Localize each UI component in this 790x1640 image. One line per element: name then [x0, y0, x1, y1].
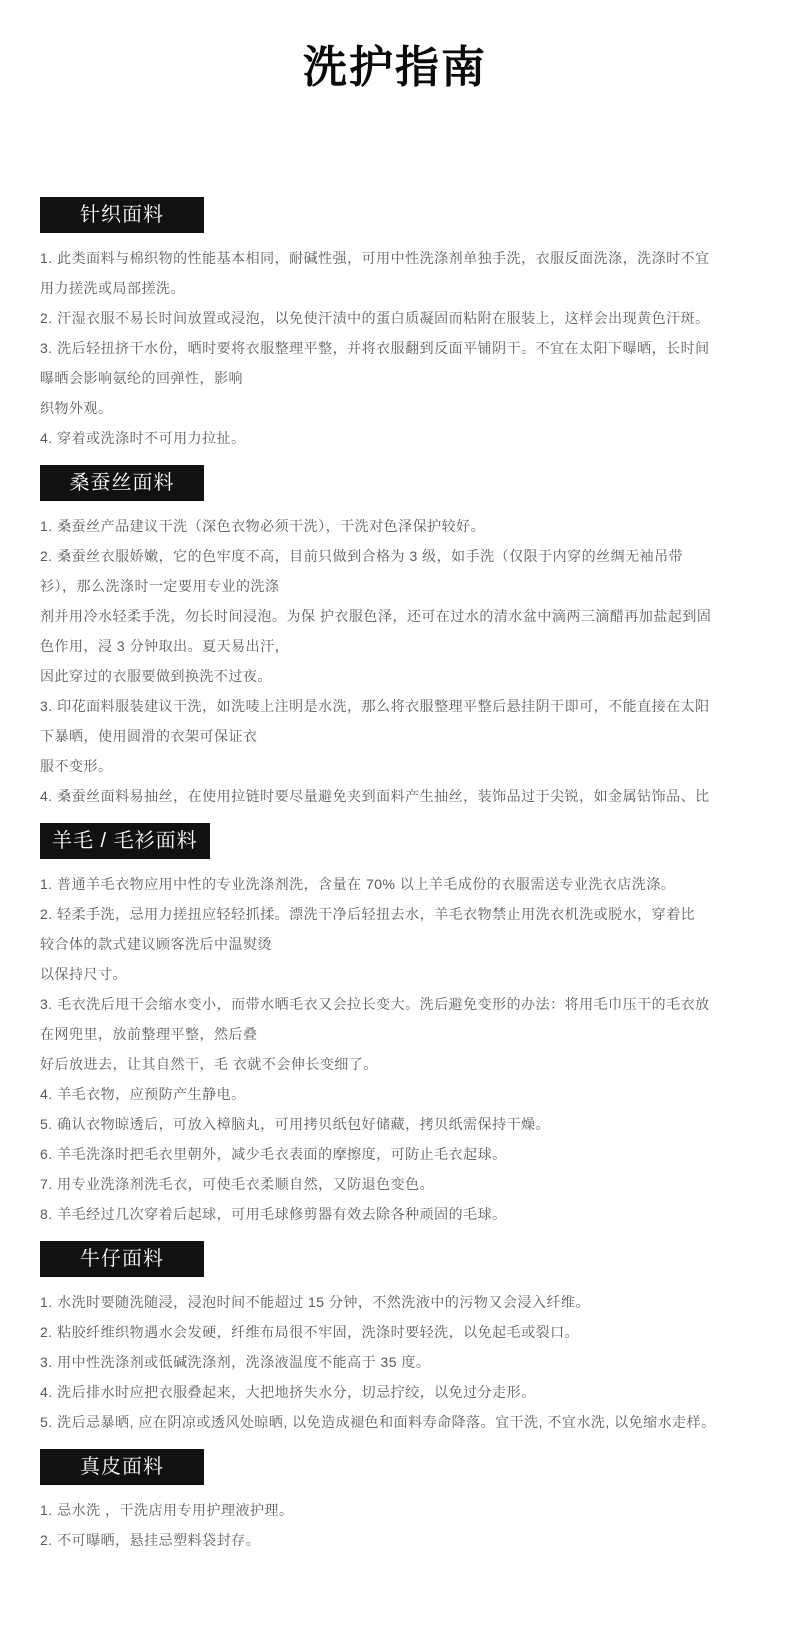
section-header-label: 牛仔面料 [40, 1241, 204, 1277]
care-instruction-line: 5. 洗后忌暴晒, 应在阴凉或透风处晾晒, 以免造成褪色和面料寿命降落。宜干洗,… [40, 1407, 756, 1437]
section-header-row: 羊毛 / 毛衫面料 [40, 811, 756, 869]
fabric-section: 羊毛 / 毛衫面料 1. 普通羊毛衣物应用中性的专业洗涤剂洗，含量在 70% 以… [40, 811, 756, 1229]
care-instruction-line: 织物外观。 [40, 393, 756, 423]
page-title: 洗护指南 [0, 40, 790, 95]
fabric-section: 牛仔面料 1. 水洗时要随洗随浸，浸泡时间不能超过 15 分钟，不然洗液中的污物… [40, 1229, 756, 1437]
care-instruction-line: 3. 印花面料服装建议干洗，如洗唛上注明是水洗，那么将衣服整理平整后悬挂阴干即可… [40, 691, 756, 721]
care-instruction-line: 剂并用冷水轻柔手洗，勿长时间浸泡。为保 护衣服色泽，还可在过水的清水盆中滴两三滴… [40, 601, 756, 631]
care-instruction-line: 3. 毛衣洗后甩干会缩水变小，而带水晒毛衣又会拉长变大。洗后避免变形的办法：将用… [40, 989, 756, 1019]
care-instruction-line: 色作用，浸 3 分钟取出。夏天易出汗， [40, 631, 756, 661]
care-instruction-line: 4. 洗后排水时应把衣服叠起来，大把地挤失水分，切忌拧绞，以免过分走形。 [40, 1377, 756, 1407]
section-header-label: 羊毛 / 毛衫面料 [40, 823, 210, 859]
fabric-section: 针织面料 1. 此类面料与棉织物的性能基本相同，耐碱性强，可用中性洗涤剂单独手洗… [40, 185, 756, 453]
care-instruction-line: 用力搓洗或局部搓洗。 [40, 273, 756, 303]
care-instruction-line: 在网兜里，放前整理平整，然后叠 [40, 1019, 756, 1049]
care-instruction-line: 2. 汗湿衣服不易长时间放置或浸泡，以免使汗渍中的蛋白质凝固而粘附在服装上，这样… [40, 303, 756, 333]
care-instruction-line: 以保持尺寸。 [40, 959, 756, 989]
care-instruction-line: 因此穿过的衣服要做到换洗不过夜。 [40, 661, 756, 691]
care-instruction-line: 下暴晒，使用圆滑的衣架可保证衣 [40, 721, 756, 751]
section-lines: 1. 桑蚕丝产品建议干洗（深色衣物必须干洗），干洗对色泽保护较好。2. 桑蚕丝衣… [40, 511, 756, 811]
care-instruction-line: 服不变形。 [40, 751, 756, 781]
section-lines: 1. 此类面料与棉织物的性能基本相同，耐碱性强，可用中性洗涤剂单独手洗，衣服反面… [40, 243, 756, 453]
section-lines: 1. 忌水洗 ，干洗店用专用护理液护理。2. 不可曝晒，悬挂忌塑料袋封存。 [40, 1495, 756, 1555]
section-header-row: 针织面料 [40, 185, 756, 243]
section-header-row: 真皮面料 [40, 1437, 756, 1495]
care-instruction-line: 好后放进去，让其自然干，毛 衣就不会伸长变细了。 [40, 1049, 756, 1079]
care-instruction-line: 5. 确认衣物晾透后，可放入樟脑丸，可用拷贝纸包好储藏，拷贝纸需保持干燥。 [40, 1109, 756, 1139]
care-instruction-line: 1. 此类面料与棉织物的性能基本相同，耐碱性强，可用中性洗涤剂单独手洗，衣服反面… [40, 243, 756, 273]
fabric-section: 真皮面料 1. 忌水洗 ，干洗店用专用护理液护理。2. 不可曝晒，悬挂忌塑料袋封… [40, 1437, 756, 1555]
care-instruction-line: 1. 忌水洗 ，干洗店用专用护理液护理。 [40, 1495, 756, 1525]
section-lines: 1. 普通羊毛衣物应用中性的专业洗涤剂洗，含量在 70% 以上羊毛成份的衣服需送… [40, 869, 756, 1229]
section-header-label: 针织面料 [40, 197, 204, 233]
care-instruction-line: 2. 不可曝晒，悬挂忌塑料袋封存。 [40, 1525, 756, 1555]
section-lines: 1. 水洗时要随洗随浸，浸泡时间不能超过 15 分钟，不然洗液中的污物又会浸入纤… [40, 1287, 756, 1437]
care-instruction-line: 4. 桑蚕丝面料易抽丝，在使用拉链时要尽量避免夹到面料产生抽丝，装饰品过于尖锐，… [40, 781, 756, 811]
care-instruction-line: 衫），那么洗涤时一定要用专业的洗涤 [40, 571, 756, 601]
care-instruction-line: 3. 洗后轻扭挤干水份，晒时要将衣服整理平整，并将衣服翻到反面平铺阴干。不宜在太… [40, 333, 756, 363]
care-instruction-line: 较合体的款式建议顾客洗后中温熨烫 [40, 929, 756, 959]
section-header-label: 桑蚕丝面料 [40, 465, 204, 501]
care-instruction-line: 8. 羊毛经过几次穿着后起球，可用毛球修剪器有效去除各种顽固的毛球。 [40, 1199, 756, 1229]
care-instruction-line: 6. 羊毛洗涤时把毛衣里朝外，减少毛衣表面的摩擦度，可防止毛衣起球。 [40, 1139, 756, 1169]
care-instruction-line: 7. 用专业洗涤剂洗毛衣，可使毛衣柔顺自然，又防退色变色。 [40, 1169, 756, 1199]
section-header-label: 真皮面料 [40, 1449, 204, 1485]
care-instruction-line: 1. 水洗时要随洗随浸，浸泡时间不能超过 15 分钟，不然洗液中的污物又会浸入纤… [40, 1287, 756, 1317]
care-instruction-line: 1. 桑蚕丝产品建议干洗（深色衣物必须干洗），干洗对色泽保护较好。 [40, 511, 756, 541]
care-instruction-line: 4. 穿着或洗涤时不可用力拉扯。 [40, 423, 756, 453]
fabric-section: 桑蚕丝面料 1. 桑蚕丝产品建议干洗（深色衣物必须干洗），干洗对色泽保护较好。2… [40, 453, 756, 811]
care-guide-page: 洗护指南 针织面料 1. 此类面料与棉织物的性能基本相同，耐碱性强，可用中性洗涤… [0, 0, 790, 1640]
sections-container: 针织面料 1. 此类面料与棉织物的性能基本相同，耐碱性强，可用中性洗涤剂单独手洗… [40, 185, 756, 1555]
care-instruction-line: 3. 用中性洗涤剂或低碱洗涤剂，洗涤液温度不能高于 35 度。 [40, 1347, 756, 1377]
care-instruction-line: 2. 桑蚕丝衣服娇嫩，它的色牢度不高，目前只做到合格为 3 级，如手洗（仅限于内… [40, 541, 756, 571]
care-instruction-line: 4. 羊毛衣物，应预防产生静电。 [40, 1079, 756, 1109]
section-header-row: 牛仔面料 [40, 1229, 756, 1287]
care-instruction-line: 2. 粘胶纤维织物遇水会发硬，纤维布局很不牢固，洗涤时要轻洗，以免起毛或裂口。 [40, 1317, 756, 1347]
care-instruction-line: 曝晒会影响氨纶的回弹性，影响 [40, 363, 756, 393]
care-instruction-line: 2. 轻柔手洗，忌用力搓扭应轻轻抓揉。漂洗干净后轻扭去水，羊毛衣物禁止用洗衣机洗… [40, 899, 756, 929]
section-header-row: 桑蚕丝面料 [40, 453, 756, 511]
care-instruction-line: 1. 普通羊毛衣物应用中性的专业洗涤剂洗，含量在 70% 以上羊毛成份的衣服需送… [40, 869, 756, 899]
